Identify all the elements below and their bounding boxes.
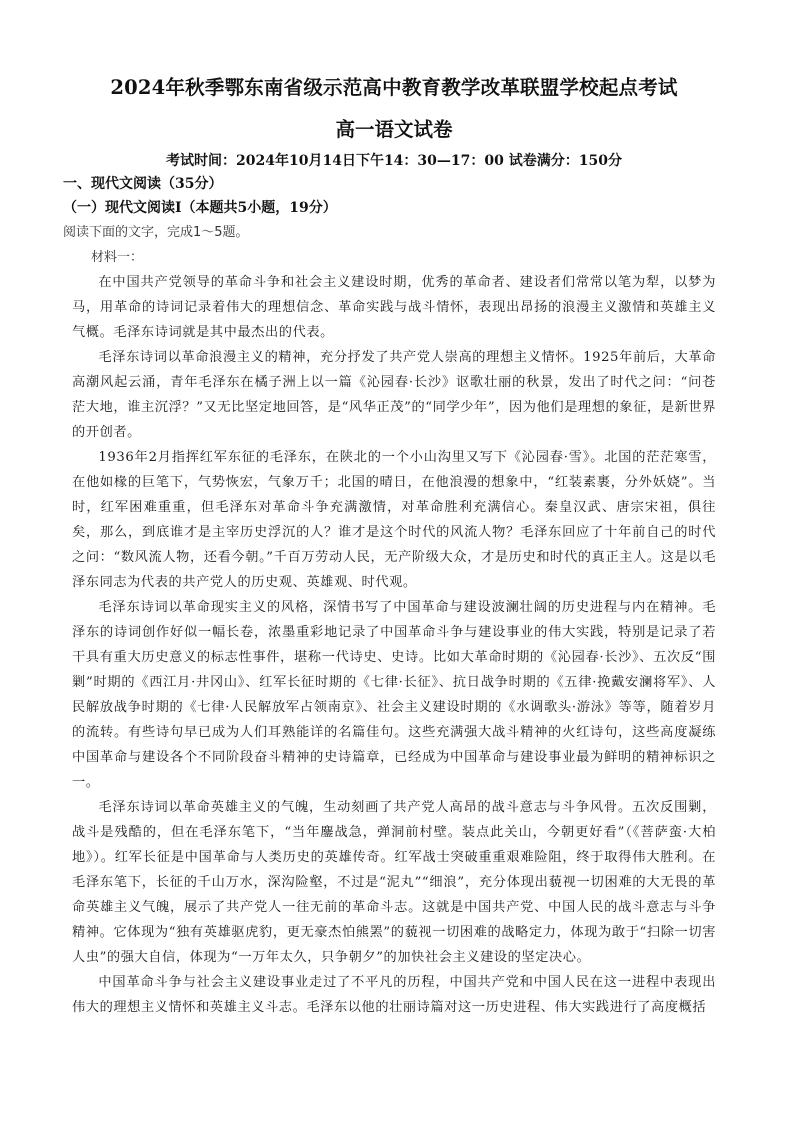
material-label: 材料一： [91, 245, 716, 270]
exam-subtitle: 高一语文试卷 [72, 114, 716, 146]
section-heading: 一、现代文阅读（35分） [63, 173, 716, 196]
passage-paragraph: 毛泽东诗词以革命浪漫主义的精神，充分抒发了共产党人崇高的理想主义情怀。1925年… [72, 345, 716, 445]
passage-paragraph: 在中国共产党领导的革命斗争和社会主义建设时期，优秀的革命者、建设者们常常以笔为犁… [72, 270, 716, 345]
subsection-heading: （一）现代文阅读Ⅰ（本题共5小题，19分） [63, 196, 716, 220]
passage-paragraph: 毛泽东诗词以革命现实主义的风格，深情书写了中国革命与建设波澜壮阔的历史进程与内在… [72, 595, 716, 795]
reading-passage: 在中国共产党领导的革命斗争和社会主义建设时期，优秀的革命者、建设者们常常以笔为犁… [72, 270, 716, 1020]
exam-title: 2024年秋季鄂东南省级示范高中教育教学改革联盟学校起点考试 [72, 72, 716, 104]
passage-paragraph: 中国革命斗争与社会主义建设事业走过了不平凡的历程，中国共产党和中国人民在这一进程… [72, 970, 716, 1020]
reading-instruction: 阅读下面的文字，完成1～5题。 [63, 220, 716, 245]
exam-page: 2024年秋季鄂东南省级示范高中教育教学改革联盟学校起点考试 高一语文试卷 考试… [72, 72, 716, 1020]
passage-paragraph: 1936年2月指挥红军东征的毛泽东，在陕北的一个小山沟里又写下《沁园春·雪》。北… [72, 445, 716, 595]
passage-paragraph: 毛泽东诗词以革命英雄主义的气魄，生动刻画了共产党人高昂的战斗意志与斗争风骨。五次… [72, 795, 716, 970]
exam-info: 考试时间：2024年10月14日下午14：30—17：00 试卷满分：150分 [72, 149, 716, 173]
